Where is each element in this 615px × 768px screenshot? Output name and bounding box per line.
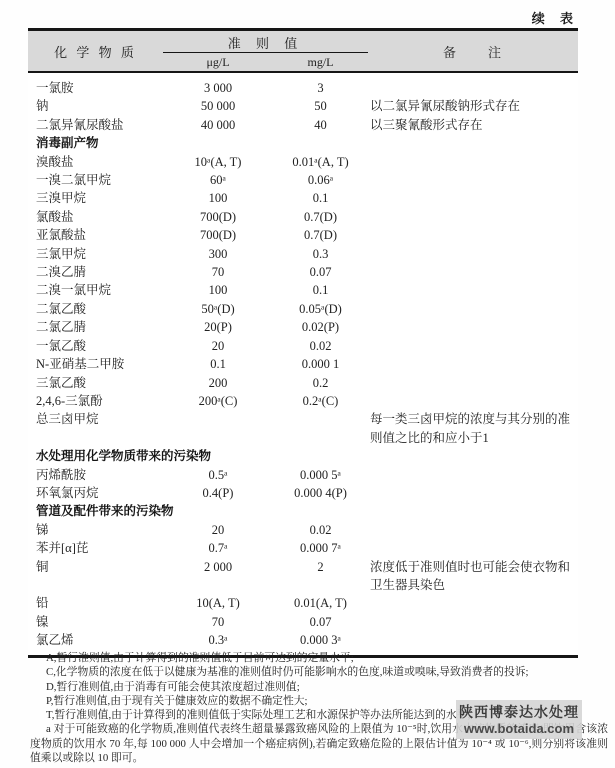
ug-value-cell: 100 [163, 189, 273, 207]
guideline-values-table: 化 学 物 质 准 则 值 μg/L mg/L 备 注 一氯胺 3 000 3 … [28, 28, 578, 658]
chemical-name-cell: 二氯异氰尿酸盐 [28, 116, 163, 134]
ug-value-cell: 200 [163, 374, 273, 392]
table-section-row: 水处理用化学物质带来的污染物 [28, 447, 578, 465]
table-row: 溴酸盐 10ᵃ(A, T) 0.01ᵃ(A, T) [28, 153, 578, 171]
chemical-name-cell: 三氯乙酸 [28, 374, 163, 392]
table-row: 一氯乙酸 20 0.02 [28, 337, 578, 355]
mg-value-cell: 0.1 [273, 189, 368, 207]
remark-cell: 以二氯异氰尿酸钠形式存在 [368, 97, 578, 115]
ug-value-cell: 20(P) [163, 318, 273, 336]
chemical-name-cell: 二氯乙酸 [28, 300, 163, 318]
chemical-name-cell: 总三卤甲烷 [28, 410, 163, 428]
remark-cell: 浓度低于准则值时也可能会使衣物和卫生器具染色 [368, 558, 578, 595]
header-units-row: μg/L mg/L [163, 53, 368, 71]
mg-value-cell: 0.1 [273, 281, 368, 299]
mg-value-cell: 0.07 [273, 263, 368, 281]
table-body: 一氯胺 3 000 3 钠 50 000 50 以二氯异氰尿酸钠形式存在 二氯异… [28, 73, 578, 655]
table-row: 二氯异氰尿酸盐 40 000 40 以三聚氰酸形式存在 [28, 116, 578, 134]
chemical-name-cell: 氯酸盐 [28, 208, 163, 226]
footnote: C,化学物质的浓度在低于以健康为基准的准则值时仍可能影响水的色度,味道或嗅味,导… [30, 665, 608, 679]
remark-cell: 每一类三卤甲烷的浓度与其分别的准则值之比的和应小于1 [368, 410, 578, 447]
chemical-name-cell: 环氧氯丙烷 [28, 484, 163, 502]
mg-value-cell: 0.2ᵃ(C) [273, 392, 368, 410]
table-row: 苯并[α]芘 0.7ᵃ 0.000 7ᵃ [28, 539, 578, 557]
ug-value-cell: 20 [163, 521, 273, 539]
ug-value-cell: 300 [163, 245, 273, 263]
section-title: 消毒副产物 [28, 134, 578, 152]
table-row: 二氯乙腈 20(P) 0.02(P) [28, 318, 578, 336]
header-remarks: 备 注 [368, 42, 578, 61]
chemical-name-cell: 二氯乙腈 [28, 318, 163, 336]
footnote: D,暂行准则值,由于消毒有可能会使其浓度超过准则值; [30, 680, 608, 694]
watermark-company-name: 陕西博泰达水处理 [458, 702, 580, 722]
table-row: 丙烯酰胺 0.5ᵃ 0.000 5ᵃ [28, 466, 578, 484]
chemical-name-cell: 铜 [28, 558, 163, 576]
mg-value-cell: 0.7(D) [273, 226, 368, 244]
mg-value-cell: 0.000 4(P) [273, 484, 368, 502]
mg-value-cell: 0.02 [273, 521, 368, 539]
mg-value-cell: 0.3 [273, 245, 368, 263]
mg-value-cell: 0.05ᵃ(D) [273, 300, 368, 318]
remark-cell: 以三聚氰酸形式存在 [368, 116, 578, 134]
mg-value-cell: 3 [273, 79, 368, 97]
header-chemical-substance: 化 学 物 质 [28, 42, 163, 61]
table-row: 环氧氯丙烷 0.4(P) 0.000 4(P) [28, 484, 578, 502]
table-row: 一溴二氯甲烷 60ᵃ 0.06ᵃ [28, 171, 578, 189]
ug-value-cell: 3 000 [163, 79, 273, 97]
chemical-name-cell: 一溴二氯甲烷 [28, 171, 163, 189]
chemical-name-cell: 二溴一氯甲烷 [28, 281, 163, 299]
chemical-name-cell: 一氯乙酸 [28, 337, 163, 355]
table-row: 一氯胺 3 000 3 [28, 79, 578, 97]
ug-value-cell: 70 [163, 263, 273, 281]
chemical-name-cell: 二溴乙腈 [28, 263, 163, 281]
ug-value-cell: 50 000 [163, 97, 273, 115]
mg-value-cell: 0.02 [273, 337, 368, 355]
table-row: 氯酸盐 700(D) 0.7(D) [28, 208, 578, 226]
ug-value-cell: 20 [163, 337, 273, 355]
ug-value-cell: 0.4(P) [163, 484, 273, 502]
chemical-name-cell: N-亚硝基二甲胺 [28, 355, 163, 373]
table-header-row: 化 学 物 质 准 则 值 μg/L mg/L 备 注 [28, 31, 578, 73]
section-title: 管道及配件带来的污染物 [28, 502, 578, 520]
chemical-name-cell: 锑 [28, 521, 163, 539]
ug-value-cell: 200ᵃ(C) [163, 392, 273, 410]
chemical-name-cell: 一氯胺 [28, 79, 163, 97]
chemical-name-cell: 三溴甲烷 [28, 189, 163, 207]
mg-value-cell: 0.02(P) [273, 318, 368, 336]
chemical-name-cell: 氯乙烯 [28, 631, 163, 649]
header-mg-per-liter: mg/L [273, 55, 368, 70]
ug-value-cell: 100 [163, 281, 273, 299]
table-row: 二氯乙酸 50ᵃ(D) 0.05ᵃ(D) [28, 300, 578, 318]
ug-value-cell: 70 [163, 613, 273, 631]
table-row: N-亚硝基二甲胺 0.1 0.000 1 [28, 355, 578, 373]
chemical-name-cell: 丙烯酰胺 [28, 466, 163, 484]
header-ug-per-liter: μg/L [163, 55, 273, 70]
ug-value-cell: 0.1 [163, 355, 273, 373]
table-section-row: 管道及配件带来的污染物 [28, 502, 578, 520]
ug-value-cell: 700(D) [163, 226, 273, 244]
mg-value-cell: 0.7(D) [273, 208, 368, 226]
ug-value-cell: 0.7ᵃ [163, 539, 273, 557]
table-row: 二溴一氯甲烷 100 0.1 [28, 281, 578, 299]
ug-value-cell: 60ᵃ [163, 171, 273, 189]
header-guideline-value-group: 准 则 值 μg/L mg/L [163, 31, 368, 71]
ug-value-cell: 10(A, T) [163, 594, 273, 612]
continued-table-label: 续 表 [532, 8, 579, 27]
chemical-name-cell: 苯并[α]芘 [28, 539, 163, 557]
chemical-name-cell: 铅 [28, 594, 163, 612]
ug-value-cell: 0.5ᵃ [163, 466, 273, 484]
watermark: 陕西博泰达水处理 www.botaida.com [456, 700, 582, 739]
table-row: 总三卤甲烷 每一类三卤甲烷的浓度与其分别的准则值之比的和应小于1 [28, 410, 578, 447]
section-title: 水处理用化学物质带来的污染物 [28, 447, 578, 465]
table-row: 锑 20 0.02 [28, 521, 578, 539]
table-row: 铅 10(A, T) 0.01(A, T) [28, 594, 578, 612]
ug-value-cell: 0.3ᵃ [163, 631, 273, 649]
header-guideline-value: 准 则 值 [163, 31, 368, 53]
table-row: 2,4,6-三氯酚 200ᵃ(C) 0.2ᵃ(C) [28, 392, 578, 410]
mg-value-cell: 0.01(A, T) [273, 594, 368, 612]
table-row: 钠 50 000 50 以二氯异氰尿酸钠形式存在 [28, 97, 578, 115]
table-section-row: 消毒副产物 [28, 134, 578, 152]
chemical-name-cell: 亚氯酸盐 [28, 226, 163, 244]
mg-value-cell: 0.000 7ᵃ [273, 539, 368, 557]
mg-value-cell: 0.000 5ᵃ [273, 466, 368, 484]
ug-value-cell: 40 000 [163, 116, 273, 134]
table-row: 氯乙烯 0.3ᵃ 0.000 3ᵃ [28, 631, 578, 649]
table-row: 三溴甲烷 100 0.1 [28, 189, 578, 207]
ug-value-cell: 2 000 [163, 558, 273, 576]
table-row: 三氯乙酸 200 0.2 [28, 374, 578, 392]
ug-value-cell: 10ᵃ(A, T) [163, 153, 273, 171]
mg-value-cell: 0.07 [273, 613, 368, 631]
mg-value-cell: 2 [273, 558, 368, 576]
watermark-url: www.botaida.com [458, 721, 580, 736]
mg-value-cell: 40 [273, 116, 368, 134]
ug-value-cell: 700(D) [163, 208, 273, 226]
footnote: A,暂行准则值,由于计算得到的准则值低于目前可达到的定量水平; [30, 651, 608, 665]
ug-value-cell: 50ᵃ(D) [163, 300, 273, 318]
table-row: 铜 2 000 2 浓度低于准则值时也可能会使衣物和卫生器具染色 [28, 558, 578, 595]
mg-value-cell: 50 [273, 97, 368, 115]
mg-value-cell: 0.2 [273, 374, 368, 392]
chemical-name-cell: 2,4,6-三氯酚 [28, 392, 163, 410]
chemical-name-cell: 钠 [28, 97, 163, 115]
table-row: 二溴乙腈 70 0.07 [28, 263, 578, 281]
mg-value-cell: 0.000 1 [273, 355, 368, 373]
table-row: 三氯甲烷 300 0.3 [28, 245, 578, 263]
chemical-name-cell: 溴酸盐 [28, 153, 163, 171]
chemical-name-cell: 三氯甲烷 [28, 245, 163, 263]
document-page: 续 表 化 学 物 质 准 则 值 μg/L mg/L 备 注 一氯胺 3 00… [0, 0, 615, 768]
mg-value-cell: 0.01ᵃ(A, T) [273, 153, 368, 171]
table-row: 亚氯酸盐 700(D) 0.7(D) [28, 226, 578, 244]
table-row: 镍 70 0.07 [28, 613, 578, 631]
mg-value-cell: 0.06ᵃ [273, 171, 368, 189]
mg-value-cell: 0.000 3ᵃ [273, 631, 368, 649]
chemical-name-cell: 镍 [28, 613, 163, 631]
